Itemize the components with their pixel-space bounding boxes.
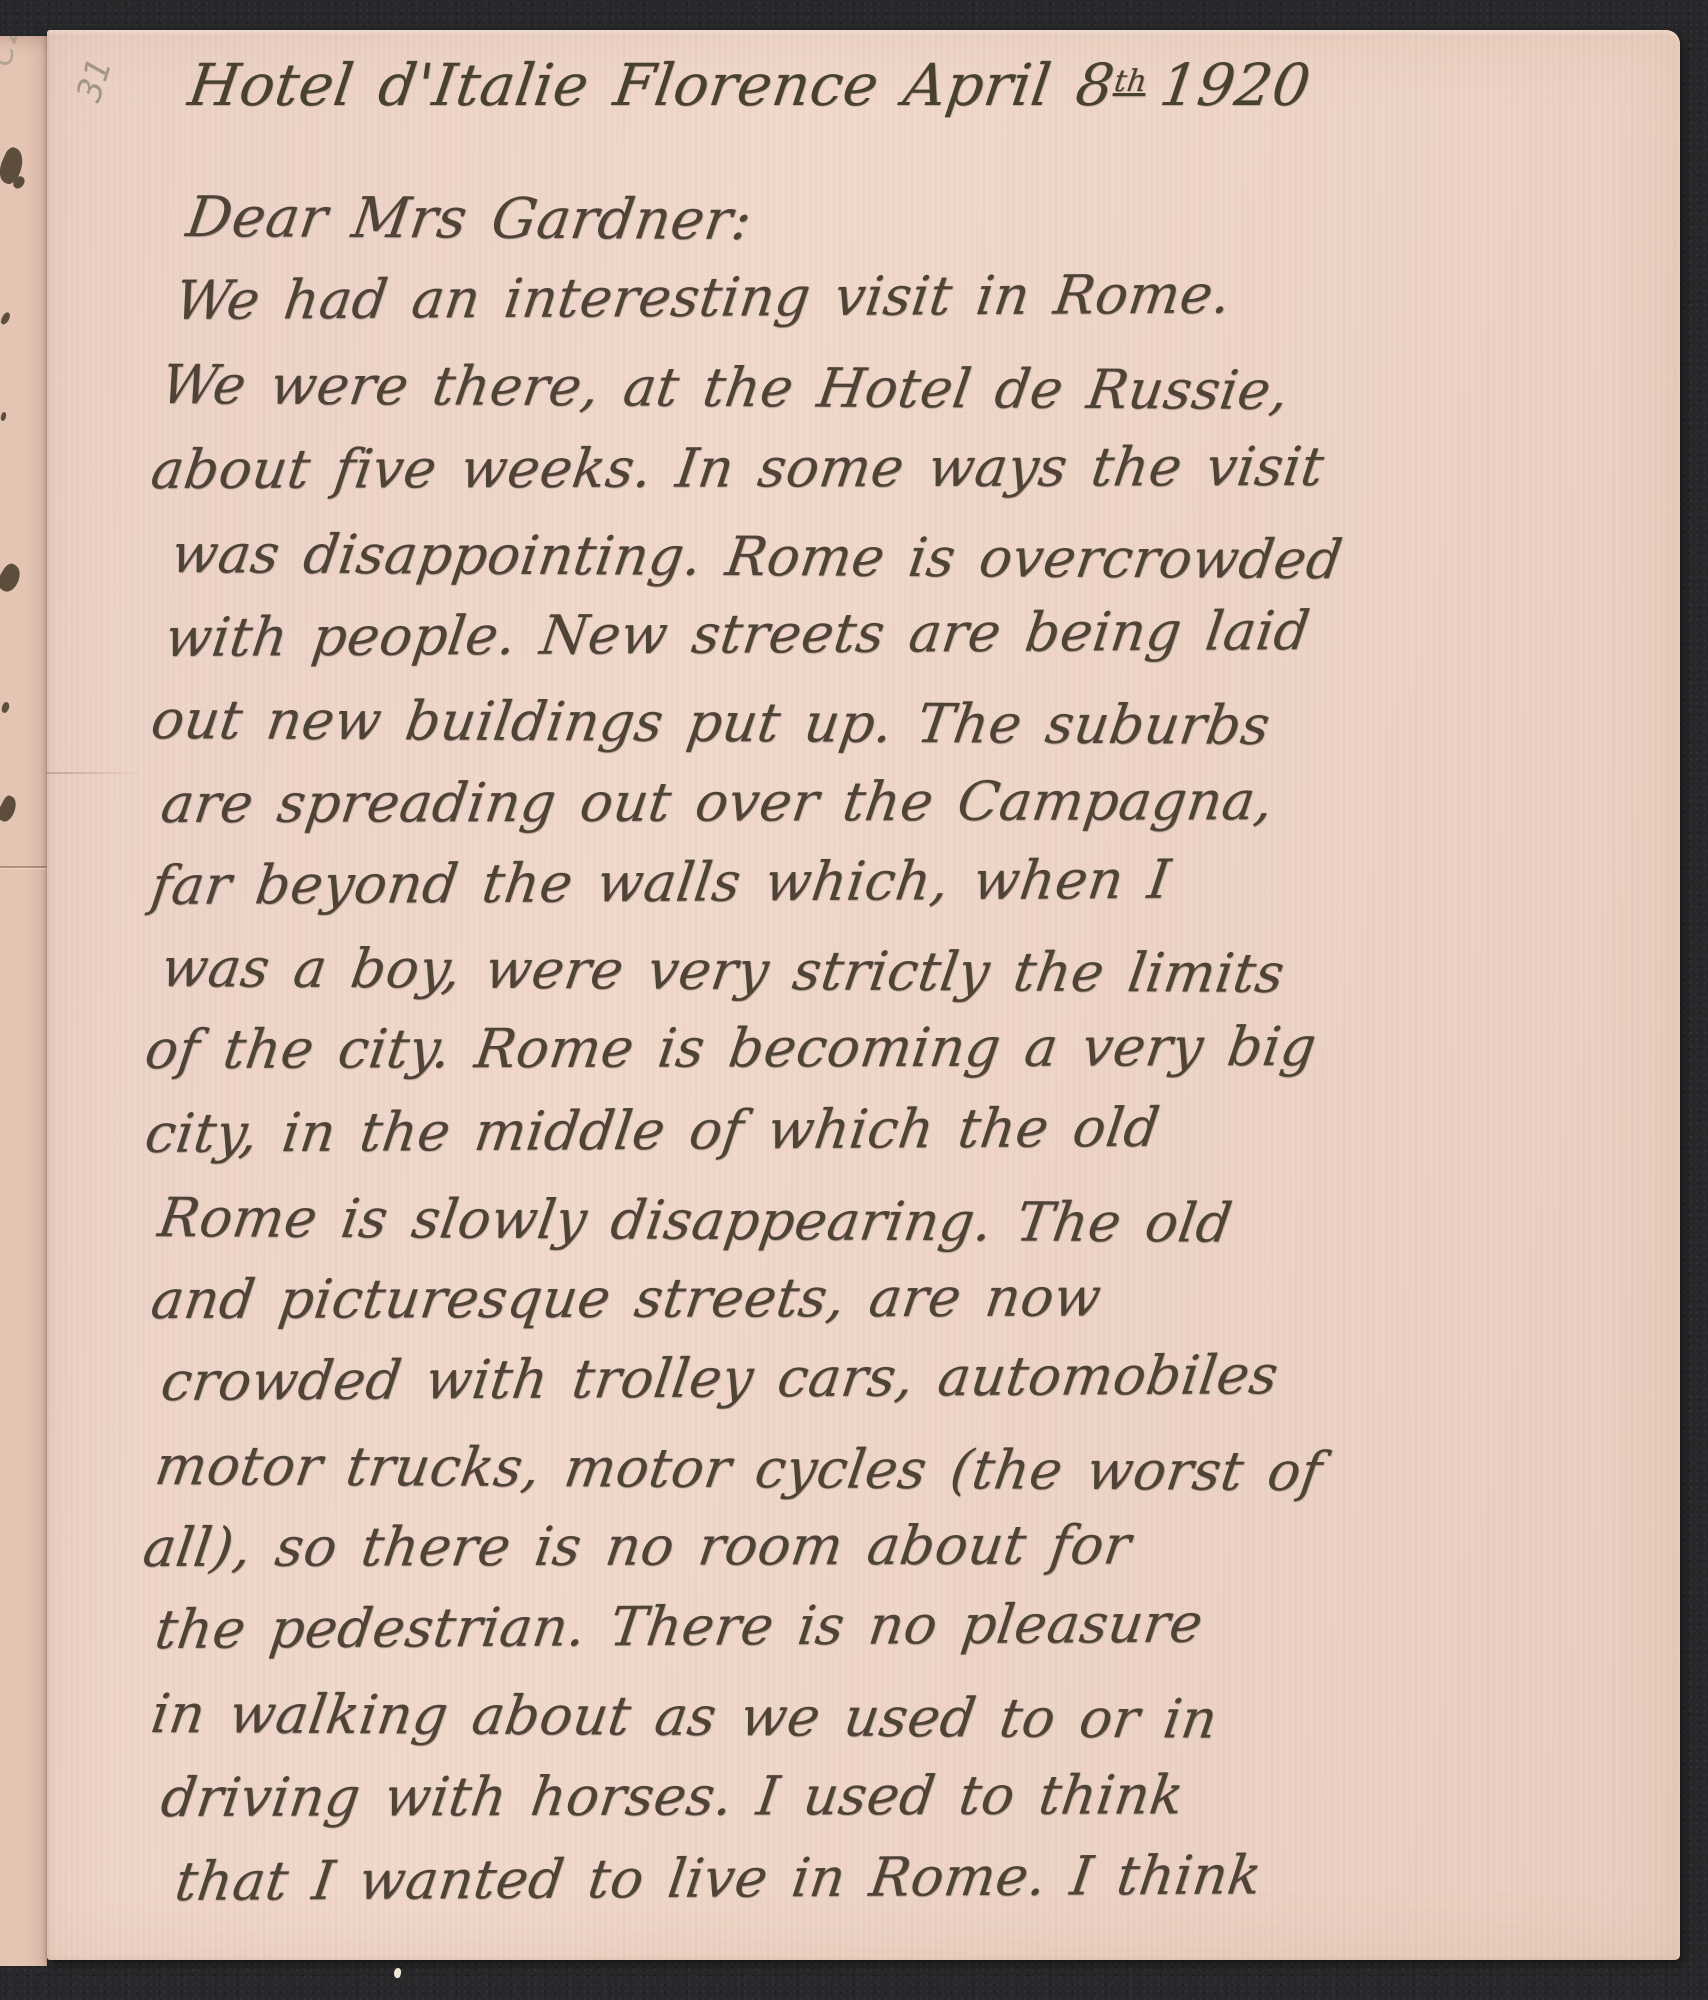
page-crease <box>47 772 143 774</box>
second-sheet-edge: C29C <box>0 36 47 1966</box>
fold-crease <box>0 866 47 868</box>
ink-bleed-mark <box>0 561 25 595</box>
ink-bleed-mark <box>0 311 12 326</box>
ink-bleed-mark <box>0 794 20 824</box>
dust-speck <box>393 1967 402 1978</box>
scan-background: C29C 31 Hotel d'Italie Florence April 8t… <box>0 0 1708 2000</box>
edge-pencil-mark: C29C <box>0 36 37 69</box>
ink-bleed-mark <box>0 412 7 422</box>
folio-number-pencil: 31 <box>69 53 120 107</box>
ink-bleed-mark <box>0 701 10 714</box>
letter-page: 31 <box>47 30 1680 1960</box>
